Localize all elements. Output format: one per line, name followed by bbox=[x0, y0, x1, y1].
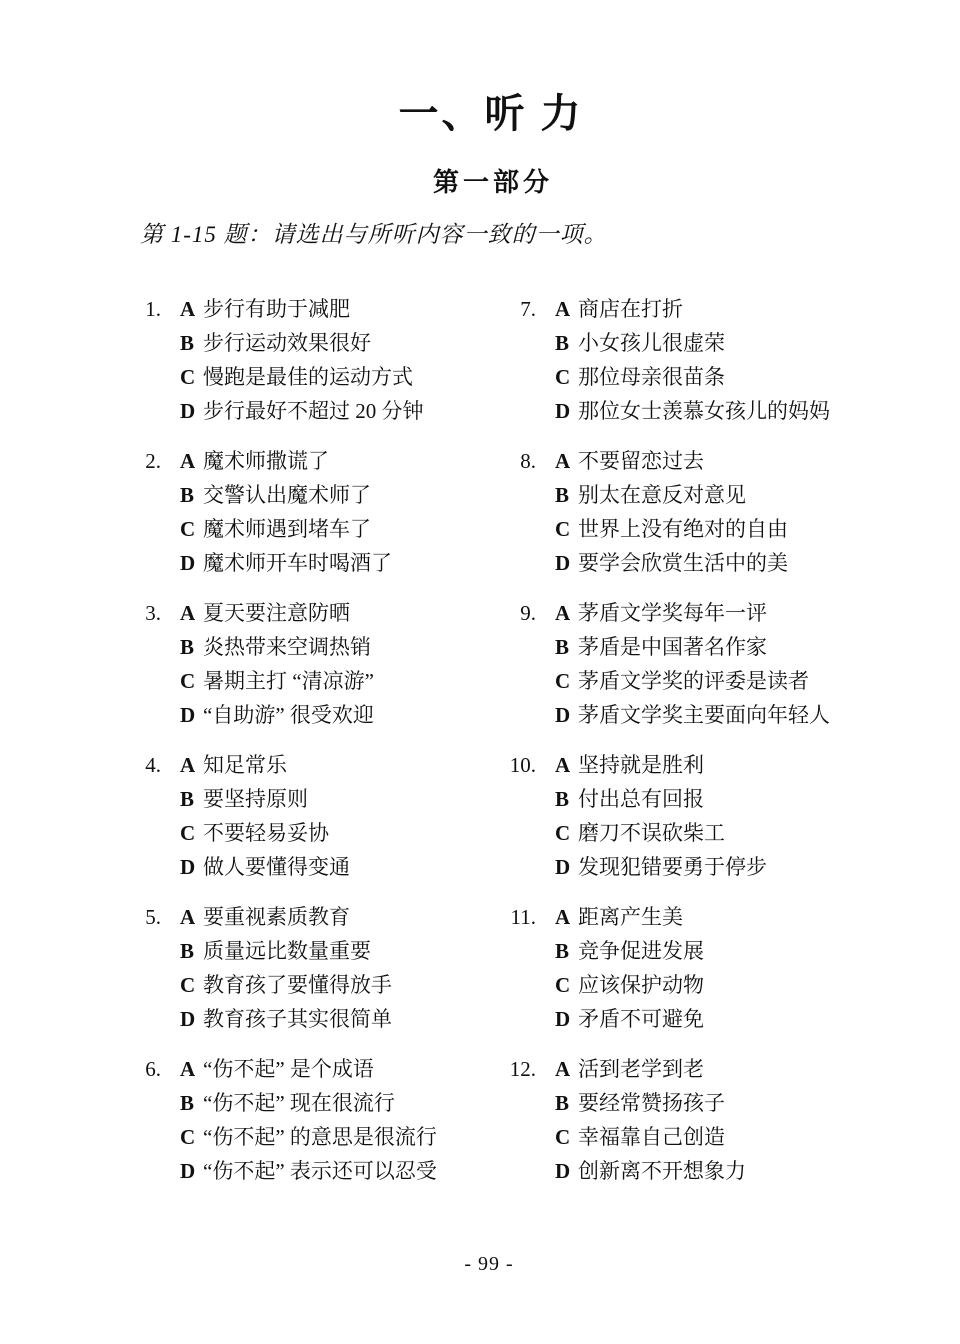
option-text: 不要留恋过去 bbox=[578, 444, 704, 478]
option-line: D那位女士羡慕女孩儿的妈妈 bbox=[555, 394, 830, 428]
question-block: 9.A茅盾文学奖每年一评B茅盾是中国著名作家C茅盾文学奖的评委是读者D茅盾文学奖… bbox=[480, 596, 830, 732]
option-line: A坚持就是胜利 bbox=[555, 748, 767, 782]
page-title: 一、听 力 bbox=[0, 92, 960, 136]
option-letter: A bbox=[180, 1052, 203, 1086]
option-text: 做人要懂得变通 bbox=[203, 850, 350, 884]
option-letter: C bbox=[180, 512, 203, 546]
option-text: 小女孩儿很虚荣 bbox=[578, 326, 725, 360]
option-line: C世界上没有绝对的自由 bbox=[555, 512, 788, 546]
option-letter: D bbox=[555, 1154, 578, 1188]
question-block: 5.A要重视素质教育B质量远比数量重要C教育孩了要懂得放手D教育孩子其实很简单 bbox=[105, 900, 437, 1036]
option-text: 茅盾文学奖每年一评 bbox=[578, 596, 767, 630]
option-letter: D bbox=[555, 850, 578, 884]
question-options: A步行有助于减肥B步行运动效果很好C慢跑是最佳的运动方式D步行最好不超过 20 … bbox=[180, 292, 424, 428]
question-block: 4.A知足常乐B要坚持原则C不要轻易妥协D做人要懂得变通 bbox=[105, 748, 437, 884]
option-letter: B bbox=[180, 782, 203, 816]
question-block: 3.A夏天要注意防晒B炎热带来空调热销C暑期主打 “清凉游”D“自助游” 很受欢… bbox=[105, 596, 437, 732]
option-letter: D bbox=[180, 1154, 203, 1188]
option-text: “伤不起” 现在很流行 bbox=[203, 1086, 395, 1120]
option-letter: D bbox=[180, 546, 203, 580]
question-number: 10. bbox=[480, 748, 536, 884]
option-text: 要经常赞扬孩子 bbox=[578, 1086, 725, 1120]
question-block: 7.A商店在打折B小女孩儿很虚荣C那位母亲很苗条D那位女士羡慕女孩儿的妈妈 bbox=[480, 292, 830, 428]
option-letter: A bbox=[180, 596, 203, 630]
question-options: A夏天要注意防晒B炎热带来空调热销C暑期主打 “清凉游”D“自助游” 很受欢迎 bbox=[180, 596, 374, 732]
option-letter: A bbox=[555, 596, 578, 630]
option-text: 那位母亲很苗条 bbox=[578, 360, 725, 394]
question-block: 12.A活到老学到老B要经常赞扬孩子C幸福靠自己创造D创新离不开想象力 bbox=[480, 1052, 830, 1188]
option-text: 要重视素质教育 bbox=[203, 900, 350, 934]
option-letter: D bbox=[180, 850, 203, 884]
option-text: 竞争促进发展 bbox=[578, 934, 704, 968]
option-line: C幸福靠自己创造 bbox=[555, 1120, 746, 1154]
option-text: 步行有助于减肥 bbox=[203, 292, 350, 326]
option-line: D创新离不开想象力 bbox=[555, 1154, 746, 1188]
question-number: 6. bbox=[105, 1052, 161, 1188]
option-letter: B bbox=[555, 478, 578, 512]
option-line: C教育孩了要懂得放手 bbox=[180, 968, 392, 1002]
option-letter: A bbox=[555, 444, 578, 478]
option-text: 知足常乐 bbox=[203, 748, 287, 782]
option-text: “自助游” 很受欢迎 bbox=[203, 698, 374, 732]
option-line: A魔术师撒谎了 bbox=[180, 444, 392, 478]
option-text: 那位女士羡慕女孩儿的妈妈 bbox=[578, 394, 830, 428]
option-letter: B bbox=[180, 934, 203, 968]
option-line: D教育孩子其实很简单 bbox=[180, 1002, 392, 1036]
option-letter: C bbox=[555, 968, 578, 1002]
option-line: D做人要懂得变通 bbox=[180, 850, 350, 884]
option-text: “伤不起” 的意思是很流行 bbox=[203, 1120, 437, 1154]
option-letter: A bbox=[180, 292, 203, 326]
question-block: 11.A距离产生美B竞争促进发展C应该保护动物D矛盾不可避免 bbox=[480, 900, 830, 1036]
option-text: “伤不起” 是个成语 bbox=[203, 1052, 374, 1086]
option-line: C那位母亲很苗条 bbox=[555, 360, 830, 394]
option-text: 教育孩子其实很简单 bbox=[203, 1002, 392, 1036]
question-block: 1.A步行有助于减肥B步行运动效果很好C慢跑是最佳的运动方式D步行最好不超过 2… bbox=[105, 292, 437, 428]
question-options: A坚持就是胜利B付出总有回报C磨刀不误砍柴工D发现犯错要勇于停步 bbox=[555, 748, 767, 884]
option-line: B要坚持原则 bbox=[180, 782, 350, 816]
questions-column-right: 7.A商店在打折B小女孩儿很虚荣C那位母亲很苗条D那位女士羡慕女孩儿的妈妈8.A… bbox=[480, 292, 830, 1204]
option-letter: C bbox=[555, 512, 578, 546]
option-line: B要经常赞扬孩子 bbox=[555, 1086, 746, 1120]
option-letter: A bbox=[555, 900, 578, 934]
option-letter: C bbox=[180, 1120, 203, 1154]
option-line: A商店在打折 bbox=[555, 292, 830, 326]
question-options: A距离产生美B竞争促进发展C应该保护动物D矛盾不可避免 bbox=[555, 900, 704, 1036]
option-line: D魔术师开车时喝酒了 bbox=[180, 546, 392, 580]
option-letter: D bbox=[555, 1002, 578, 1036]
question-number: 7. bbox=[480, 292, 536, 428]
option-text: 魔术师撒谎了 bbox=[203, 444, 329, 478]
option-text: 磨刀不误砍柴工 bbox=[578, 816, 725, 850]
option-line: B炎热带来空调热销 bbox=[180, 630, 374, 664]
option-letter: B bbox=[555, 326, 578, 360]
option-letter: B bbox=[180, 630, 203, 664]
question-number: 4. bbox=[105, 748, 161, 884]
option-text: 魔术师遇到堵车了 bbox=[203, 512, 371, 546]
option-line: D“伤不起” 表示还可以忍受 bbox=[180, 1154, 437, 1188]
question-block: 8.A不要留恋过去B别太在意反对意见C世界上没有绝对的自由D要学会欣赏生活中的美 bbox=[480, 444, 830, 580]
option-line: A距离产生美 bbox=[555, 900, 704, 934]
question-options: A茅盾文学奖每年一评B茅盾是中国著名作家C茅盾文学奖的评委是读者D茅盾文学奖主要… bbox=[555, 596, 830, 732]
option-letter: B bbox=[555, 782, 578, 816]
option-line: B茅盾是中国著名作家 bbox=[555, 630, 830, 664]
option-text: 不要轻易妥协 bbox=[203, 816, 329, 850]
option-letter: C bbox=[555, 1120, 578, 1154]
option-letter: C bbox=[555, 664, 578, 698]
option-text: 魔术师开车时喝酒了 bbox=[203, 546, 392, 580]
option-text: 要坚持原则 bbox=[203, 782, 308, 816]
question-options: A活到老学到老B要经常赞扬孩子C幸福靠自己创造D创新离不开想象力 bbox=[555, 1052, 746, 1188]
option-text: 别太在意反对意见 bbox=[578, 478, 746, 512]
option-text: 发现犯错要勇于停步 bbox=[578, 850, 767, 884]
option-text: “伤不起” 表示还可以忍受 bbox=[203, 1154, 437, 1188]
question-number: 2. bbox=[105, 444, 161, 580]
option-text: 世界上没有绝对的自由 bbox=[578, 512, 788, 546]
question-number: 8. bbox=[480, 444, 536, 580]
option-letter: D bbox=[555, 394, 578, 428]
option-letter: B bbox=[555, 1086, 578, 1120]
option-line: A活到老学到老 bbox=[555, 1052, 746, 1086]
option-text: 茅盾是中国著名作家 bbox=[578, 630, 767, 664]
option-line: B小女孩儿很虚荣 bbox=[555, 326, 830, 360]
option-letter: A bbox=[180, 748, 203, 782]
option-letter: D bbox=[555, 546, 578, 580]
option-text: 付出总有回报 bbox=[578, 782, 704, 816]
question-options: A商店在打折B小女孩儿很虚荣C那位母亲很苗条D那位女士羡慕女孩儿的妈妈 bbox=[555, 292, 830, 428]
option-line: B“伤不起” 现在很流行 bbox=[180, 1086, 437, 1120]
option-letter: C bbox=[180, 816, 203, 850]
option-letter: B bbox=[555, 630, 578, 664]
option-letter: C bbox=[555, 360, 578, 394]
option-line: B质量远比数量重要 bbox=[180, 934, 392, 968]
option-text: 茅盾文学奖的评委是读者 bbox=[578, 664, 809, 698]
option-letter: A bbox=[180, 444, 203, 478]
option-text: 矛盾不可避免 bbox=[578, 1002, 704, 1036]
document-page: 一、听 力 第一部分 第 1-15 题：请选出与所听内容一致的一项。 1.A步行… bbox=[0, 0, 960, 1344]
option-text: 夏天要注意防晒 bbox=[203, 596, 350, 630]
option-line: D“自助游” 很受欢迎 bbox=[180, 698, 374, 732]
option-text: 茅盾文学奖主要面向年轻人 bbox=[578, 698, 830, 732]
option-line: C“伤不起” 的意思是很流行 bbox=[180, 1120, 437, 1154]
question-block: 6.A“伤不起” 是个成语B“伤不起” 现在很流行C“伤不起” 的意思是很流行D… bbox=[105, 1052, 437, 1188]
option-line: B别太在意反对意见 bbox=[555, 478, 788, 512]
option-letter: A bbox=[555, 748, 578, 782]
question-block: 10.A坚持就是胜利B付出总有回报C磨刀不误砍柴工D发现犯错要勇于停步 bbox=[480, 748, 830, 884]
question-number: 1. bbox=[105, 292, 161, 428]
option-line: C磨刀不误砍柴工 bbox=[555, 816, 767, 850]
option-line: A不要留恋过去 bbox=[555, 444, 788, 478]
option-line: B交警认出魔术师了 bbox=[180, 478, 392, 512]
option-letter: D bbox=[180, 394, 203, 428]
option-text: 步行运动效果很好 bbox=[203, 326, 371, 360]
option-text: 创新离不开想象力 bbox=[578, 1154, 746, 1188]
option-line: D发现犯错要勇于停步 bbox=[555, 850, 767, 884]
option-line: C慢跑是最佳的运动方式 bbox=[180, 360, 424, 394]
question-number: 3. bbox=[105, 596, 161, 732]
option-letter: B bbox=[555, 934, 578, 968]
option-line: D步行最好不超过 20 分钟 bbox=[180, 394, 424, 428]
option-letter: B bbox=[180, 326, 203, 360]
option-letter: B bbox=[180, 1086, 203, 1120]
option-line: B步行运动效果很好 bbox=[180, 326, 424, 360]
questions-column-left: 1.A步行有助于减肥B步行运动效果很好C慢跑是最佳的运动方式D步行最好不超过 2… bbox=[105, 292, 437, 1204]
option-letter: D bbox=[180, 1002, 203, 1036]
option-text: 慢跑是最佳的运动方式 bbox=[203, 360, 413, 394]
option-text: 要学会欣赏生活中的美 bbox=[578, 546, 788, 580]
question-options: A不要留恋过去B别太在意反对意见C世界上没有绝对的自由D要学会欣赏生活中的美 bbox=[555, 444, 788, 580]
option-letter: A bbox=[180, 900, 203, 934]
question-options: A“伤不起” 是个成语B“伤不起” 现在很流行C“伤不起” 的意思是很流行D“伤… bbox=[180, 1052, 437, 1188]
option-text: 教育孩了要懂得放手 bbox=[203, 968, 392, 1002]
option-line: A步行有助于减肥 bbox=[180, 292, 424, 326]
option-line: A夏天要注意防晒 bbox=[180, 596, 374, 630]
option-text: 暑期主打 “清凉游” bbox=[203, 664, 374, 698]
option-line: A茅盾文学奖每年一评 bbox=[555, 596, 830, 630]
question-block: 2.A魔术师撒谎了B交警认出魔术师了C魔术师遇到堵车了D魔术师开车时喝酒了 bbox=[105, 444, 437, 580]
question-number: 9. bbox=[480, 596, 536, 732]
option-text: 步行最好不超过 20 分钟 bbox=[203, 394, 424, 428]
option-letter: D bbox=[180, 698, 203, 732]
option-text: 商店在打折 bbox=[578, 292, 683, 326]
question-options: A知足常乐B要坚持原则C不要轻易妥协D做人要懂得变通 bbox=[180, 748, 350, 884]
option-text: 距离产生美 bbox=[578, 900, 683, 934]
option-text: 坚持就是胜利 bbox=[578, 748, 704, 782]
option-line: C魔术师遇到堵车了 bbox=[180, 512, 392, 546]
question-options: A要重视素质教育B质量远比数量重要C教育孩了要懂得放手D教育孩子其实很简单 bbox=[180, 900, 392, 1036]
option-letter: C bbox=[180, 664, 203, 698]
option-letter: C bbox=[180, 968, 203, 1002]
question-number: 12. bbox=[480, 1052, 536, 1188]
option-text: 炎热带来空调热销 bbox=[203, 630, 371, 664]
option-letter: C bbox=[180, 360, 203, 394]
section-heading: 第一部分 bbox=[0, 162, 960, 199]
question-options: A魔术师撒谎了B交警认出魔术师了C魔术师遇到堵车了D魔术师开车时喝酒了 bbox=[180, 444, 392, 580]
option-line: D茅盾文学奖主要面向年轻人 bbox=[555, 698, 830, 732]
question-number: 11. bbox=[480, 900, 536, 1036]
option-letter: D bbox=[555, 698, 578, 732]
option-line: D矛盾不可避免 bbox=[555, 1002, 704, 1036]
option-line: B竞争促进发展 bbox=[555, 934, 704, 968]
option-line: C茅盾文学奖的评委是读者 bbox=[555, 664, 830, 698]
option-letter: C bbox=[555, 816, 578, 850]
option-letter: B bbox=[180, 478, 203, 512]
option-letter: A bbox=[555, 292, 578, 326]
option-letter: A bbox=[555, 1052, 578, 1086]
option-line: A要重视素质教育 bbox=[180, 900, 392, 934]
question-number: 5. bbox=[105, 900, 161, 1036]
option-text: 交警认出魔术师了 bbox=[203, 478, 371, 512]
instructions-text: 第 1-15 题：请选出与所听内容一致的一项。 bbox=[140, 216, 608, 249]
option-line: A知足常乐 bbox=[180, 748, 350, 782]
page-number: - 99 - bbox=[0, 1253, 960, 1276]
option-line: A“伤不起” 是个成语 bbox=[180, 1052, 437, 1086]
option-line: C不要轻易妥协 bbox=[180, 816, 350, 850]
option-line: C应该保护动物 bbox=[555, 968, 704, 1002]
option-text: 质量远比数量重要 bbox=[203, 934, 371, 968]
option-text: 应该保护动物 bbox=[578, 968, 704, 1002]
option-line: D要学会欣赏生活中的美 bbox=[555, 546, 788, 580]
option-text: 幸福靠自己创造 bbox=[578, 1120, 725, 1154]
option-line: B付出总有回报 bbox=[555, 782, 767, 816]
option-line: C暑期主打 “清凉游” bbox=[180, 664, 374, 698]
option-text: 活到老学到老 bbox=[578, 1052, 704, 1086]
